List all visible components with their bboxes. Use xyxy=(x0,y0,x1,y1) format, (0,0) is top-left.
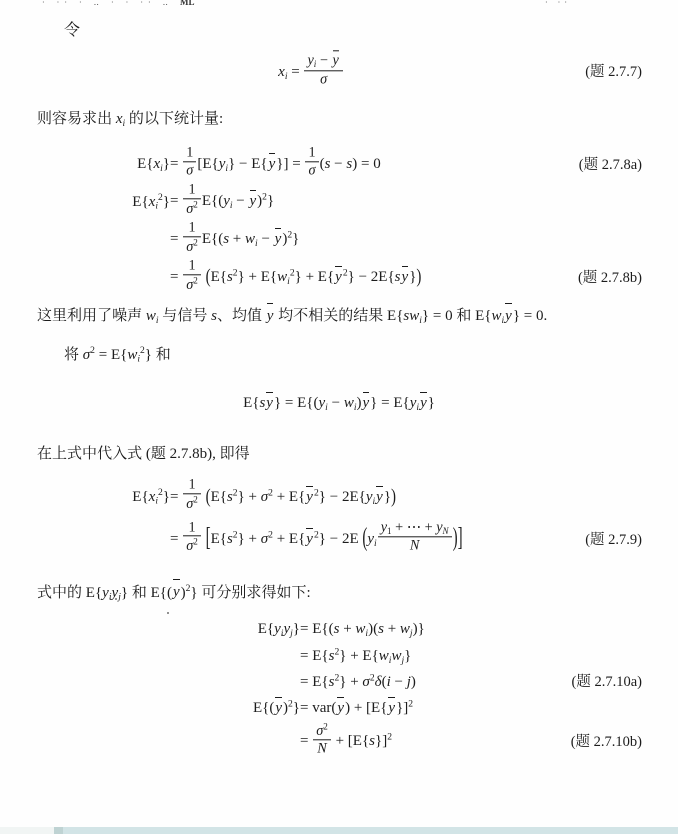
equation-number: (题 2.7.9) xyxy=(585,531,642,549)
paragraph-substitute: 将 σ2 = E{wi2} 和 xyxy=(64,340,678,371)
scan-speck xyxy=(115,598,117,600)
equation-number: (题 2.7.10b) xyxy=(571,733,642,751)
equation-rhs: = var(y) + [E{y}]2 xyxy=(300,700,413,716)
equation-rhs: = σ2N + [E{s}]2 xyxy=(300,733,392,749)
equation-lhs: E{(y)2} xyxy=(214,698,300,718)
equation-number: (题 2.7.8b) xyxy=(578,269,642,287)
clipped-glyph-fragments: · ·· · ‥ · · ·· ‥ · xyxy=(42,0,188,7)
equation-rhs: = 1σ2E{(yi − y)2} xyxy=(170,193,274,209)
equation-row: = E{s2} + E{wiwj} xyxy=(214,646,678,667)
equation-rhs: = 1σ[E{yi} − E{y}] = 1σ(s − s) = 0 xyxy=(170,156,381,172)
equation-row: = E{s2} + σ2δ(i − j) (题 2.7.10a) xyxy=(214,673,678,693)
equation-lhs: E{yiyj} xyxy=(214,620,300,640)
equation-s-ybar: E{sy} = E{(yi − wi)y} = E{yiy} xyxy=(0,393,678,414)
bottom-edge-bar xyxy=(0,827,678,834)
equation-block-2-7-10: E{yiyj}= E{(s + wi)(s + wj)} = E{s2} + E… xyxy=(0,620,678,760)
equation-block-2-7-8: E{xi}= 1σ[E{yi} − E{y}] = 1σ(s − s) = 0 … xyxy=(0,147,678,296)
paragraph-plug-in: 在上式中代入式 (题 2.7.8b), 即得 xyxy=(37,443,678,465)
paragraph-intro-statistics: 则容易求出 xi 的以下统计量: xyxy=(37,108,678,135)
equation-rhs: = E{s2} + σ2δ(i − j) xyxy=(300,674,416,690)
bottom-bar-handle xyxy=(54,827,63,834)
equation-row: E{xi}= 1σ[E{yi} − E{y}] = 1σ(s − s) = 0 … xyxy=(100,147,678,182)
paragraph-uncorrelated-note: 这里利用了噪声 wi 与信号 s、均值 y 均不相关的结果 E{swi} = 0… xyxy=(37,304,678,332)
paragraph-let: 令 xyxy=(64,20,678,42)
equation-row: E{yiyj}= E{(s + wi)(s + wj)} xyxy=(214,620,678,640)
equation-row: = 1σ2 [E{s2} + σ2 + E{y2} − 2E (yiy1 + ⋯… xyxy=(100,522,678,558)
equation-number: (题 2.7.10a) xyxy=(572,673,642,691)
document-page: · ·· · ‥ · · ·· ‥ · ML · ·· 令 xi = yi − … xyxy=(0,0,678,834)
equation-row: E{(y)2}= var(y) + [E{y}]2 xyxy=(214,698,678,718)
bottom-bar-track xyxy=(63,827,678,834)
equation-body: xi = yi − yσ xyxy=(278,64,344,80)
paragraph-where-terms: 式中的 E{yiyj} 和 E{(y)2} 可分别求得如下: xyxy=(37,578,678,609)
equation-2-7-7: xi = yi − yσ (题 2.7.7) xyxy=(0,54,678,90)
equation-number: (题 2.7.8a) xyxy=(579,155,642,173)
equation-lhs: E{xi2} xyxy=(100,487,170,508)
equation-rhs: = 1σ2 (E{s2} + E{wi2} + E{y2} − 2E{sy}) xyxy=(170,269,421,285)
bottom-bar-left-segment xyxy=(0,827,54,834)
equation-rhs: = E{s2} + E{wiwj} xyxy=(300,648,411,664)
equation-rhs: = E{(s + wi)(s + wj)} xyxy=(300,621,425,637)
equation-row: E{xi2}= 1σ2E{(yi − y)2} xyxy=(100,184,678,220)
clipped-top-line: · ·· · ‥ · · ·· ‥ · ML · ·· xyxy=(0,0,678,9)
equation-row: = 1σ2E{(s + wi − y)2} xyxy=(100,222,678,258)
equation-lhs: E{xi2} xyxy=(100,192,170,213)
equation-rhs: = 1σ2E{(s + wi − y)2} xyxy=(170,231,299,247)
equation-block-2-7-9: E{xi2}= 1σ2 (E{s2} + σ2 + E{y2} − 2E{yiy… xyxy=(0,479,678,557)
equation-row: = 1σ2 (E{s2} + E{wi2} + E{y2} − 2E{sy}) … xyxy=(100,260,678,296)
equation-row: E{xi2}= 1σ2 (E{s2} + σ2 + E{y2} − 2E{yiy… xyxy=(100,479,678,515)
equation-rhs: = 1σ2 [E{s2} + σ2 + E{y2} − 2E (yiy1 + ⋯… xyxy=(170,531,463,547)
equation-lhs: E{xi} xyxy=(100,155,170,175)
clipped-label-fragment: · ·· xyxy=(545,0,571,7)
clipped-ml-subscript: ML xyxy=(180,0,195,7)
scan-speck xyxy=(167,612,169,614)
equation-rhs: = 1σ2 (E{s2} + σ2 + E{y2} − 2E{yiy}) xyxy=(170,489,396,505)
equation-row: = σ2N + [E{s}]2 (题 2.7.10b) xyxy=(214,724,678,760)
equation-number: (题 2.7.7) xyxy=(585,63,642,81)
equation-body: E{sy} = E{(yi − wi)y} = E{yiy} xyxy=(243,395,435,411)
